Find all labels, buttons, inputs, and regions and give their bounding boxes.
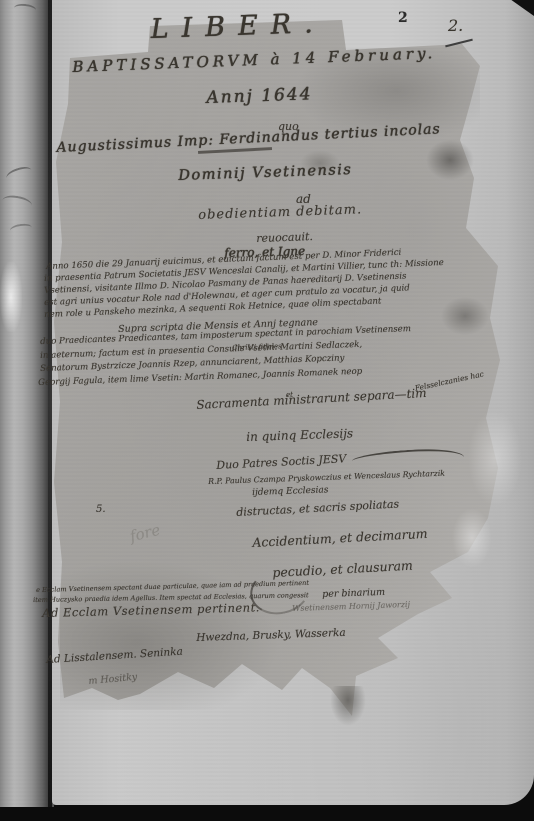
manuscript-line: reuocauit.	[256, 230, 313, 245]
manuscript-line: Annj 1644	[206, 84, 313, 108]
manuscript-line: per binarium	[322, 587, 385, 600]
folio-number-handwritten: 2.	[448, 16, 463, 35]
book-binding	[0, 0, 54, 807]
folio-number-printed: 2	[398, 10, 408, 26]
marginal-numeral: 5.	[96, 504, 106, 515]
manuscript-title: LIBER.	[150, 8, 326, 45]
manuscript-scan: LIBER. 2 2. BAPTISSATORVM à 14 February.…	[0, 0, 534, 821]
